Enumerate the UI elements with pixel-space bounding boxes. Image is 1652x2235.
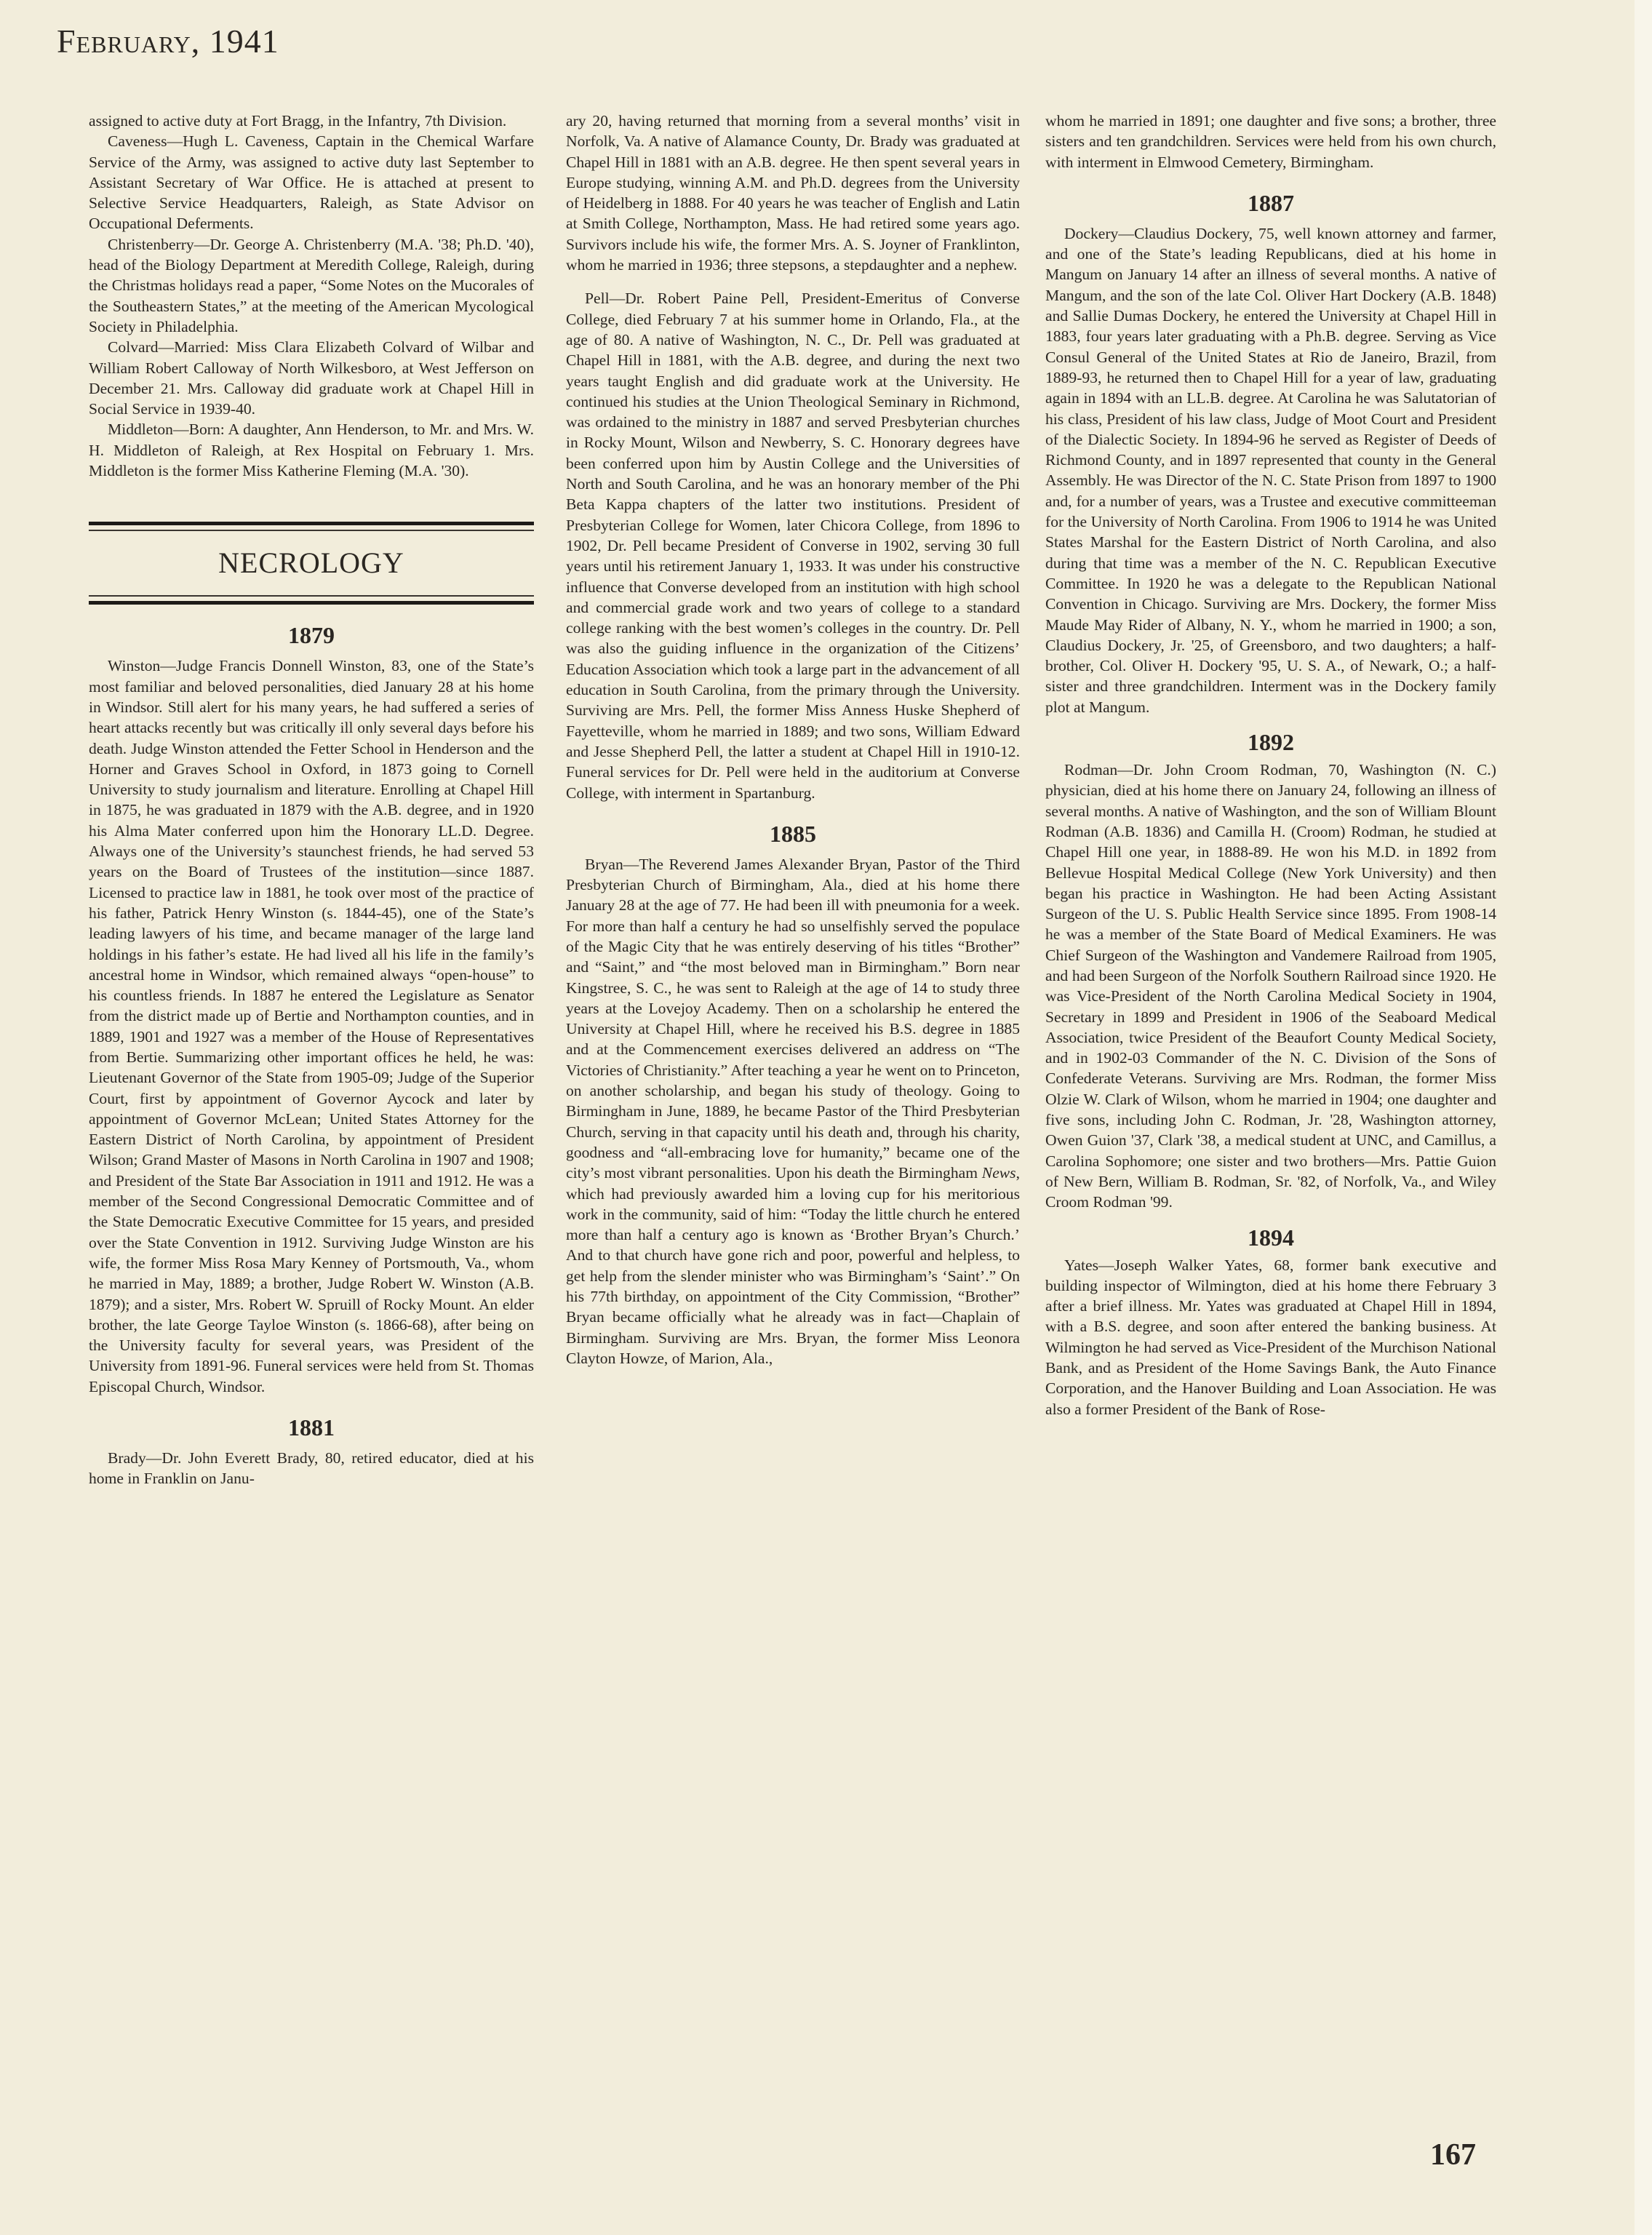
obituary-entry: Brady—Dr. John Everett Brady, 80, retire… <box>89 1448 534 1489</box>
class-year-heading: 1881 <box>89 1413 534 1442</box>
column-middle: ary 20, having returned that morning fro… <box>566 111 1020 1369</box>
obituary-entry-continued: whom he married in 1891; one daughter an… <box>1045 111 1496 172</box>
column-left: assigned to active duty at Fort Bragg, i… <box>89 111 534 1489</box>
news-item: assigned to active duty at Fort Bragg, i… <box>89 111 534 131</box>
class-year-heading: 1879 <box>89 621 534 650</box>
news-item: Colvard—Married: Miss Clara Elizabeth Co… <box>89 337 534 419</box>
page-edge <box>1635 0 1652 2235</box>
divider-rule <box>89 522 534 525</box>
class-year-heading: 1887 <box>1045 188 1496 218</box>
obituary-entry: Pell—Dr. Robert Paine Pell, President-Em… <box>566 288 1020 802</box>
obituary-text: , which had previously awarded him a lov… <box>566 1164 1020 1367</box>
running-head-date: February, 1941 <box>57 22 279 60</box>
column-right: whom he married in 1891; one daughter an… <box>1045 111 1496 1419</box>
section-title: NECROLOGY <box>89 547 534 579</box>
class-year-heading: 1894 <box>1045 1223 1496 1252</box>
page-number: 167 <box>1430 2138 1476 2172</box>
news-item: Caveness—Hugh L. Caveness, Captain in th… <box>89 131 534 234</box>
news-item: Middleton—Born: A daughter, Ann Henderso… <box>89 419 534 481</box>
divider-rule <box>89 530 534 531</box>
obituary-entry: Winston—Judge Francis Donnell Winston, 8… <box>89 656 534 1397</box>
obituary-text: Bryan—The Reverend James Alexander Bryan… <box>566 856 1020 1182</box>
class-year-heading: 1892 <box>1045 728 1496 757</box>
divider-rule <box>89 595 534 597</box>
class-year-heading: 1885 <box>566 819 1020 848</box>
news-item: Christenberry—Dr. George A. Christenberr… <box>89 234 534 337</box>
obituary-entry: Yates—Joseph Walker Yates, 68, former ba… <box>1045 1255 1496 1419</box>
obituary-entry: Bryan—The Reverend James Alexander Bryan… <box>566 854 1020 1369</box>
obituary-entry: Rodman—Dr. John Croom Rodman, 70, Washin… <box>1045 760 1496 1213</box>
obituary-entry-continued: ary 20, having returned that morning fro… <box>566 111 1020 275</box>
newspaper-title: News <box>982 1164 1016 1182</box>
necrology-section-header: NECROLOGY <box>89 522 534 605</box>
divider-rule <box>89 601 534 605</box>
obituary-entry: Dockery—Claudius Dockery, 75, well known… <box>1045 223 1496 717</box>
